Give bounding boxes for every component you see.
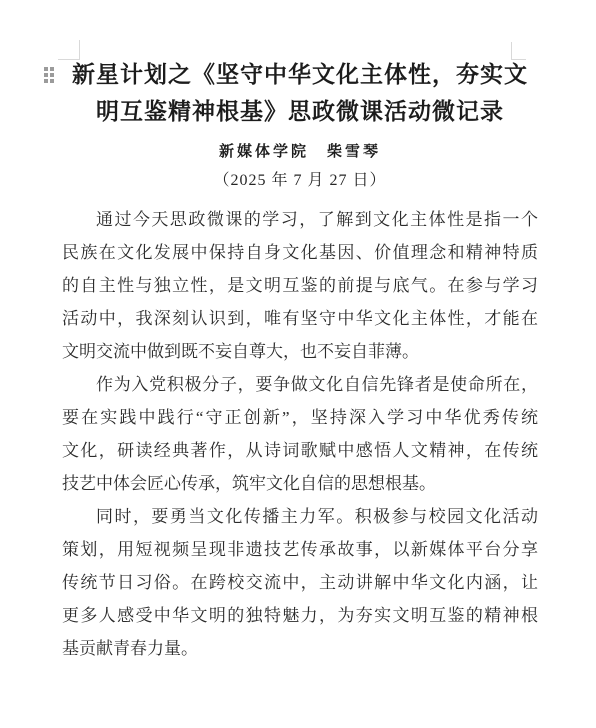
paragraph-drag-handle-icon[interactable] <box>44 67 54 83</box>
paragraph-line: 技艺中体会匠心传承，筑牢文化自信的思想根基。 <box>62 467 538 500</box>
paragraph: 同时，要勇当文化传播主力军。积极参与校园文化活动 策划，用短视频呈现非遗技艺传承… <box>62 500 538 665</box>
document-title-line-2: 明互鉴精神根基》思政微课活动微记录 <box>62 93 538 130</box>
paragraph-line: 民族在文化发展中保持自身文化基因、价值理念和精神特质 <box>62 236 538 269</box>
paragraph-line: 文明交流中做到既不妄自尊大，也不妄自菲薄。 <box>62 335 538 368</box>
paragraph-line: 同时，要勇当文化传播主力军。积极参与校园文化活动 <box>62 500 538 533</box>
paragraph-line: 要在实践中践行“守正创新”，坚持深入学习中华优秀传统 <box>62 401 538 434</box>
paragraph-line: 基贡献青春力量。 <box>62 632 538 665</box>
paragraph-line: 传统节日习俗。在跨校交流中，主动讲解中华文化内涵，让 <box>62 566 538 599</box>
paragraph-line: 活动中，我深刻认识到，唯有坚守中华文化主体性，才能在 <box>62 302 538 335</box>
paragraph: 通过今天思政微课的学习，了解到文化主体性是指一个 民族在文化发展中保持自身文化基… <box>62 203 538 368</box>
paragraph-line: 文化，研读经典著作，从诗词歌赋中感悟人文精神，在传统 <box>62 434 538 467</box>
paragraph-line: 更多人感受中华文明的独特魅力，为夯实文明互鉴的精神根 <box>62 599 538 632</box>
document-date: （2025 年 7 月 27 日） <box>62 168 538 194</box>
document-body: 新星计划之《坚守中华文化主体性，夯实文 明互鉴精神根基》思政微课活动微记录 新媒… <box>62 56 538 665</box>
document-title-line-1: 新星计划之《坚守中华文化主体性，夯实文 <box>62 56 538 93</box>
paragraph: 作为入党积极分子，要争做文化自信先锋者是使命所在， 要在实践中践行“守正创新”，… <box>62 368 538 500</box>
paragraph-line: 通过今天思政微课的学习，了解到文化主体性是指一个 <box>62 203 538 236</box>
paragraph-line: 作为入党积极分子，要争做文化自信先锋者是使命所在， <box>62 368 538 401</box>
document-page: 新星计划之《坚守中华文化主体性，夯实文 明互鉴精神根基》思政微课活动微记录 新媒… <box>0 0 596 728</box>
paragraph-line: 策划，用短视频呈现非遗技艺传承故事，以新媒体平台分享 <box>62 533 538 566</box>
paragraph-line: 的自主性与独立性，是文明互鉴的前提与底气。在参与学习 <box>62 269 538 302</box>
paragraphs-container: 通过今天思政微课的学习，了解到文化主体性是指一个 民族在文化发展中保持自身文化基… <box>62 203 538 665</box>
document-byline: 新媒体学院 柴雪琴 <box>62 142 538 162</box>
